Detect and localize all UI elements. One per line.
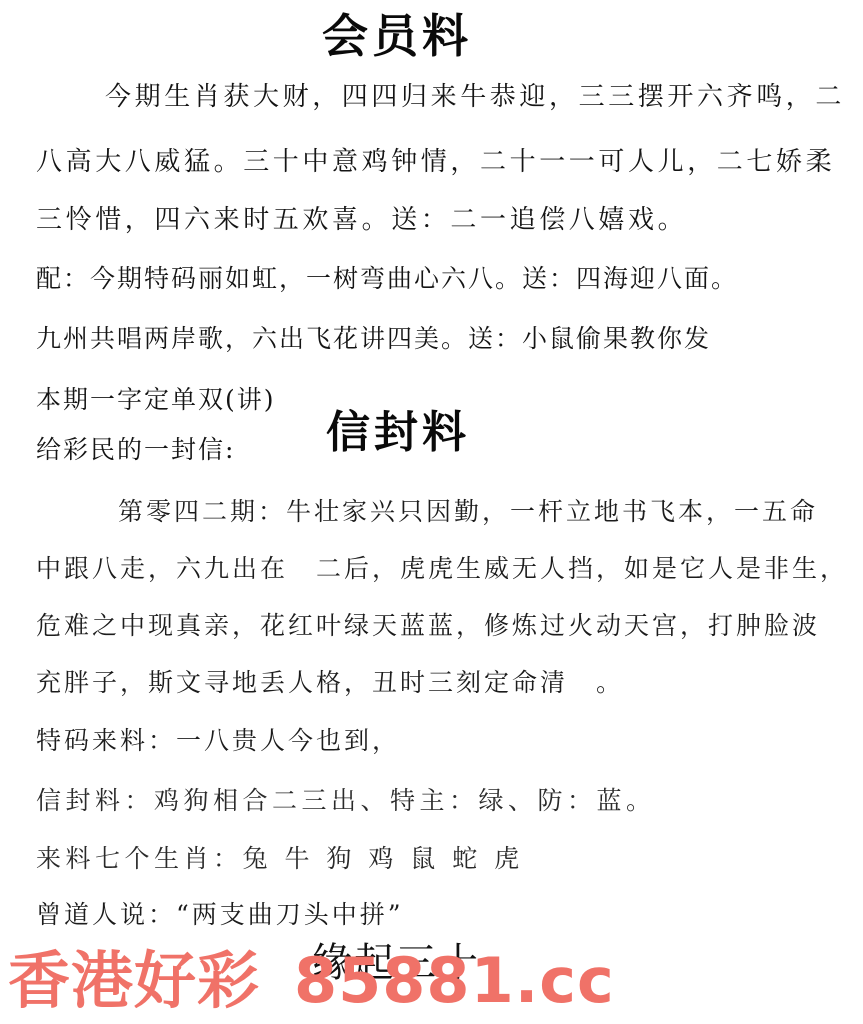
envelope-line-1: 第零四二期：牛壮家兴只因勤，一杆立地书飞本，一五命 (118, 495, 818, 529)
envelope-line-7: 来料七个生肖：兔 牛 狗 鸡 鼠 蛇 虎 (36, 842, 524, 876)
envelope-line-3: 危难之中现真亲，花红叶绿天蓝蓝，修炼过火动天宫，打肿脸波 (36, 609, 820, 643)
member-line-2: 八高大八威猛。三十中意鸡钟情，二十一一可人儿，二七娇柔 (36, 145, 835, 179)
envelope-line-8: 曾道人说：“两支曲刀头中拼” (36, 898, 404, 932)
watermark-brand: 香港好彩 (8, 946, 260, 1016)
watermark-site: 85881.cc (294, 946, 615, 1016)
member-line-5: 九州共唱两岸歌，六出飞花讲四美。送：小鼠偷果教你发 (36, 322, 711, 356)
member-line-1: 今期生肖获大财，四四归来牛恭迎，三三摆开六齐鸣，二 (105, 80, 845, 114)
envelope-line-6: 信封料：鸡狗相合二三出、特主：绿、防：蓝。 (36, 784, 656, 818)
envelope-section-title: 信封料 (326, 404, 470, 462)
envelope-line-4: 充胖子，斯文寻地丢人格，丑时三刻定命清 。 (36, 666, 624, 700)
watermark: 香港好彩85881.cc (8, 946, 615, 1016)
member-line-6: 本期一字定单双(讲) (36, 383, 276, 417)
member-line-7: 给彩民的一封信: (36, 433, 235, 467)
member-line-4: 配：今期特码丽如虹，一树弯曲心六八。送：四海迎八面。 (36, 262, 738, 296)
envelope-line-2: 中跟八走，六九出在 二后，虎虎生威无人挡，如是它人是非生， (36, 552, 848, 586)
envelope-line-5: 特码来料：一八贵人今也到， (36, 724, 400, 758)
member-section-title: 会员料 (322, 6, 472, 66)
member-line-3: 三怜惜，四六来时五欢喜。送：二一追偿八嬉戏。 (36, 203, 687, 237)
